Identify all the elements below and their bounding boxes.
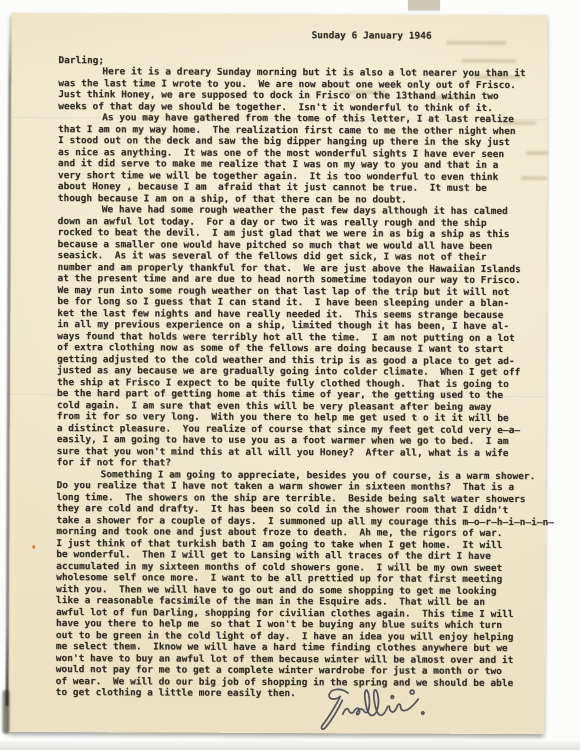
paragraph-2: As you may have gathered from the tome o… <box>58 112 531 206</box>
scanned-letter: Sunday 6 January 1946 Darling; Here it i… <box>0 0 580 750</box>
paragraph-1: Here it is a dreary Sunday morning but i… <box>58 66 531 114</box>
paper-corner-shadow <box>2 690 9 734</box>
date-line: Sunday 6 January 1946 <box>311 30 531 42</box>
handwritten-signature: Freddie <box>308 682 434 734</box>
letter-paper: Sunday 6 January 1946 Darling; Here it i… <box>8 13 547 734</box>
letter-content: Sunday 6 January 1946 Darling; Here it i… <box>56 29 532 701</box>
scan-artifact-top <box>408 0 440 10</box>
signature-drawing <box>308 682 434 734</box>
paragraph-4: Something I am going to appreciate, besi… <box>56 469 530 701</box>
paper-edge-shadow <box>6 27 12 706</box>
rust-speck <box>32 545 35 549</box>
scan-edge-bottom <box>0 741 580 750</box>
paragraph-3: We have had some rough weather the past … <box>57 204 531 471</box>
